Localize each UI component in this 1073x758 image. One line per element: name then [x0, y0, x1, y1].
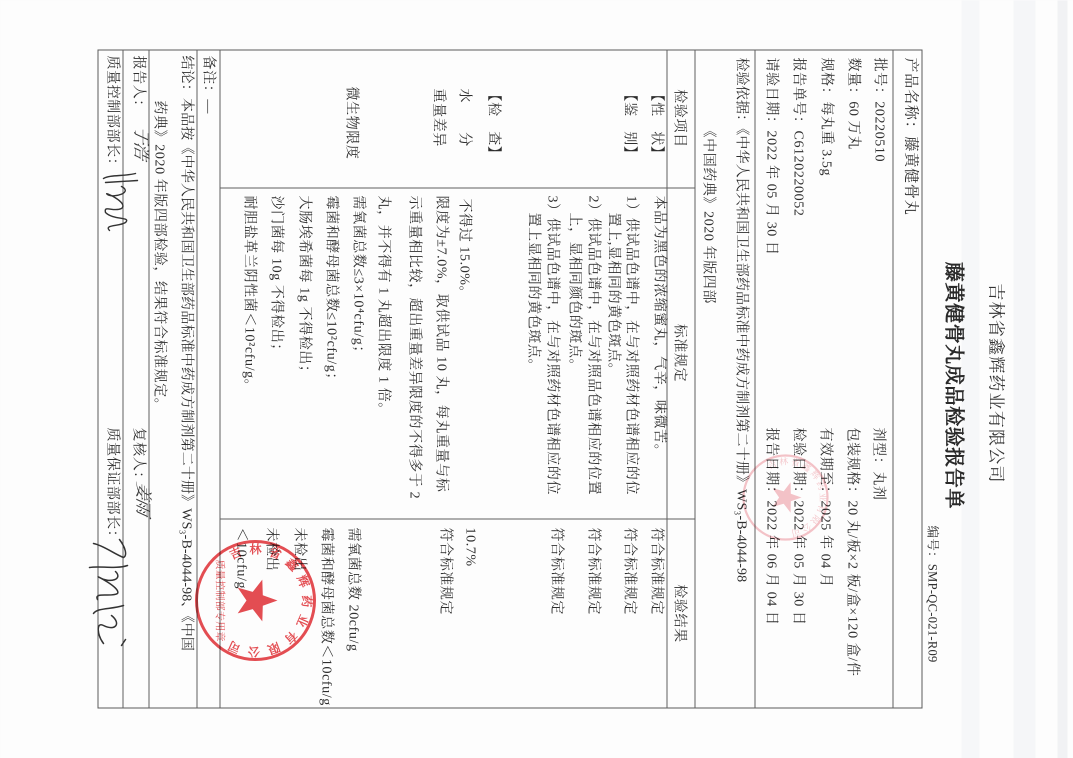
company-name: 吉林省鑫辉药业有限公司 [985, 4, 1005, 758]
report-title: 藤黄健骨丸成品检验报告单 [941, 6, 965, 758]
item-inspection: 【检 查】 [484, 87, 500, 160]
standard-microbial-line: 耐胆盐革兰阴性菌＜10²cfu/g。 [240, 195, 256, 393]
field-value: 20 丸/板×2 板/盒×120 盒/件 [844, 500, 859, 676]
header-result: 检验结果 [670, 518, 686, 708]
document-number: 编号：SMP-QC-021-R09 [925, 525, 939, 662]
product-name-label: 产品名称： [902, 57, 918, 136]
result-microbial: 未检出 [290, 527, 306, 571]
item-moisture: 水 分 [455, 88, 471, 146]
column-divider [220, 518, 695, 519]
field-quantity: 数量：60 万丸 [844, 57, 860, 149]
field-packaging: 包装规格：20 丸/板×2 板/盒×120 盒/件 [843, 427, 859, 676]
conclusion-line: 药典》2020 年版四部检验，结果符合标准规定。 [150, 100, 166, 412]
field-value: 2025 年 04 月 [817, 500, 832, 587]
reporter-signature: 于浩 [130, 124, 150, 160]
test-basis-label: 检验依据： [733, 57, 748, 128]
standard-microbial-line: 需氧菌总数≤3×10⁴cfu/g； [349, 195, 365, 359]
scanned-document-viewport: 吉林省鑫辉药业有限公司 藤黄健骨丸成品检验报告单 编号：SMP-QC-021-R… [0, 0, 1073, 758]
field-label: 剂型： [870, 427, 885, 471]
test-basis: 检验依据：《中华人民共和国卫生部药品标准中药成方制剂第二十册》WS₃-B-404… [732, 57, 748, 582]
standard-weight-line: 限度为±7.0%，取供试品 10 丸，每丸重量与标 [432, 195, 448, 492]
document-number-label: 编号： [925, 525, 939, 563]
field-label: 包装规格： [844, 427, 859, 500]
result-moisture: 10.7% [461, 527, 477, 566]
header-test-item: 检验项目 [670, 49, 686, 187]
divider [219, 49, 220, 708]
report-page: 吉林省鑫辉药业有限公司 藤黄健骨丸成品检验报告单 编号：SMP-QC-021-R… [0, 0, 1073, 758]
qa-head-label: 质量保证部部长： [103, 427, 119, 544]
remarks-value: — [200, 99, 215, 114]
item-appearance: 【性 状】 [647, 87, 663, 160]
field-value: 2022 年 05 月 30 日 [790, 500, 805, 625]
field-batch-number: 批号：20220510 [870, 57, 886, 162]
field-label: 规格： [818, 57, 833, 101]
standard-microbial-line: 沙门菌每 10g 不得检出； [267, 195, 283, 357]
field-value: 丸剂 [870, 471, 885, 500]
remarks-label: 备注： [200, 55, 215, 99]
item-identification: 【鉴 别】 [620, 87, 636, 160]
divider [892, 49, 893, 708]
product-name-value: 藤黄健骨丸 [902, 136, 918, 215]
document-number-value: SMP-QC-021-R09 [925, 563, 939, 662]
reviewer-signature: 姜雨 [132, 480, 152, 516]
standard-identification-line: 2）供试品色谱中，在与对照品色谱相应的位置 [584, 195, 600, 495]
test-basis-line: 《中国药典》2020 年版四部 [699, 123, 715, 304]
result-microbial: 需氧菌总数 20cfu/g [344, 527, 360, 651]
conclusion-row: 结论：本品按《中华人民共和国卫生部药品标准中药成方制剂第二十册》WS₃-B-40… [177, 55, 193, 651]
field-test-date: 检验日期：2022 年 05 月 30 日 [789, 427, 805, 625]
qa-head-signature [85, 535, 133, 650]
column-divider [220, 187, 695, 188]
divider [694, 49, 695, 708]
field-label: 数量： [845, 57, 860, 101]
field-specification: 规格：每丸重 3.5g [817, 57, 833, 176]
reporter-label: 报告人： [129, 55, 145, 113]
conclusion-label: 结论： [178, 55, 193, 97]
standard-appearance: 本品为黑色的浓缩蜜丸，气辛，味微苦。 [650, 195, 666, 458]
remarks-row: 备注：— [199, 55, 215, 113]
standard-weight-line: 丸，并不得有 1 丸超出限度 1 倍。 [374, 195, 390, 416]
result-identification: 符合标准规定 [584, 527, 600, 615]
divider [754, 49, 755, 708]
test-basis-line: 《中华人民共和国卫生部药品标准中药成方制剂第二十册》WS₃-B-4044-98 [733, 128, 748, 582]
result-appearance: 符合标准规定 [647, 527, 663, 615]
field-dosage-form: 剂型：丸剂 [869, 427, 885, 500]
scan-band [1057, 0, 1067, 758]
field-label: 有效期至： [817, 427, 832, 500]
scan-band [1013, 0, 1035, 758]
standard-moisture: 不得过 15.0%。 [455, 198, 471, 300]
standard-microbial-line: 霉菌和酵母菌总数≤10²cfu/g； [322, 195, 338, 386]
header-standard: 标准规定 [670, 187, 686, 518]
field-expiry: 有效期至：2025 年 04 月 [816, 427, 832, 587]
product-name-row: 产品名称：藤黄健骨丸 [902, 57, 918, 215]
standard-identification-line: 置上,显相同的黄色斑点。 [604, 212, 620, 377]
result-identification: 符合标准规定 [620, 527, 636, 615]
field-value: 2022 年 06 月 04 日 [763, 500, 778, 625]
field-value: 每丸重 3.5g [818, 101, 833, 176]
field-report-date: 报告日期：2022 年 06 月 04 日 [762, 427, 778, 625]
result-weight-variation: 符合标准规定 [436, 527, 452, 615]
field-value: C6120220052 [790, 130, 805, 216]
field-label: 请验日期： [763, 57, 778, 130]
standard-identification-line: 上，显相同颜色的斑点。 [565, 212, 581, 373]
qc-head-signature [97, 168, 143, 234]
item-weight-variation: 重量差异 [429, 88, 445, 146]
standard-identification-line: 3）供试品色谱中，在与对照药材色谱相应的位 [543, 195, 559, 495]
conclusion-line: 本品按《中华人民共和国卫生部药品标准中药成方制剂第二十册》WS₃-B-4044-… [178, 97, 193, 650]
reviewer-label: 复核人： [129, 427, 145, 485]
standard-identification-line: 1）供试品色谱中，在与对照药材色谱相应的位 [622, 195, 638, 495]
standard-identification-line: 置上显相同的黄色斑点。 [524, 212, 540, 373]
standard-microbial-line: 大肠埃希菌每 1g 不得检出； [295, 195, 311, 379]
field-value: 2022 年 05 月 30 日 [763, 130, 778, 255]
field-request-date: 请验日期：2022 年 05 月 30 日 [762, 57, 778, 255]
result-microbial: 未检出 [262, 527, 278, 571]
divider [196, 49, 197, 708]
result-microbial: ＜10cfu/g [232, 527, 248, 589]
field-label: 批号： [871, 57, 886, 101]
field-label: 检验日期： [790, 427, 805, 500]
qc-head-label: 质量控制部部长： [103, 55, 119, 172]
field-value: 60 万丸 [845, 101, 860, 150]
item-microbial-limit: 微生物限度 [342, 86, 358, 159]
field-value: 20220510 [871, 101, 886, 162]
field-label: 报告日期： [763, 427, 778, 500]
result-microbial: 霉菌和酵母菌总数＜10cfu/g [317, 527, 333, 705]
field-label: 报告单号： [790, 57, 805, 130]
standard-weight-line: 示重量相比较，超出重量差异限度的不得多于 2 [405, 195, 421, 499]
field-report-number: 报告单号：C6120220052 [789, 57, 805, 216]
result-identification: 符合标准规定 [547, 527, 563, 615]
